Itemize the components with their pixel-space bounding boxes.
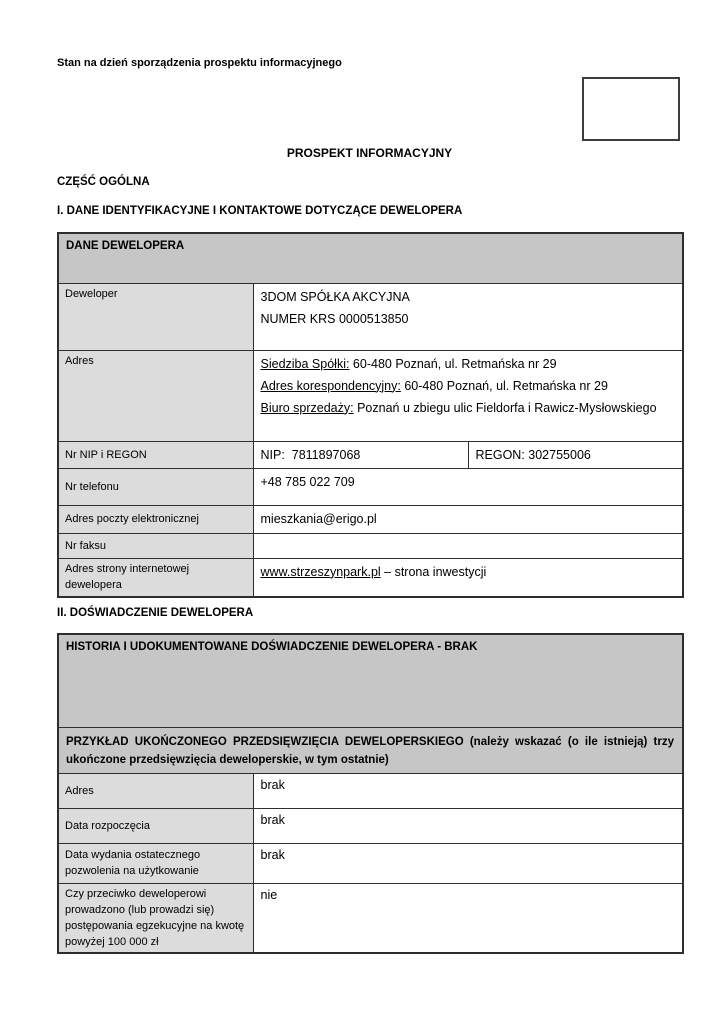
value-cell: 3DOM SPÓŁKA AKCYJNA NUMER KRS 0000513850 (253, 283, 683, 350)
label-cell: Czy przeciwko deweloperowi prowadzono (l… (58, 883, 253, 953)
value-cell: +48 785 022 709 (253, 468, 683, 505)
row-adres-przedsiewziecia: Adres brak (58, 773, 683, 808)
row-faks: Nr faksu (58, 533, 683, 558)
row-adres: Adres Siedziba Spółki: 60-480 Poznań, ul… (58, 350, 683, 441)
value-cell: www.strzeszynpark.pl – strona inwestycji (253, 558, 683, 597)
row-egzekucja: Czy przeciwko deweloperowi prowadzono (l… (58, 883, 683, 953)
label-cell: Adres strony internetowej dewelopera (58, 558, 253, 597)
value-cell: mieszkania@erigo.pl (253, 505, 683, 533)
value-cell: brak (253, 773, 683, 808)
table-header-row: DANE DEWELOPERA (58, 233, 683, 283)
adres-line: Siedziba Spółki: 60-480 Poznań, ul. Retm… (261, 353, 677, 375)
label-cell: Deweloper (58, 283, 253, 350)
historia-header-row: HISTORIA I UDOKUMENTOWANE DOŚWIADCZENIE … (58, 634, 683, 727)
document-page: Stan na dzień sporządzenia prospektu inf… (0, 0, 724, 1024)
label-cell: Data wydania ostatecznego pozwolenia na … (58, 843, 253, 883)
top-note: Stan na dzień sporządzenia prospektu inf… (57, 57, 342, 69)
row-www: Adres strony internetowej dewelopera www… (58, 558, 683, 597)
value-cell: brak (253, 808, 683, 843)
adres-line: Biuro sprzedaży: Poznań u zbiegu ulic Fi… (261, 397, 677, 419)
section1-heading: I. DANE IDENTYFIKACYJNE I KONTAKTOWE DOT… (57, 205, 462, 217)
nip-cell: NIP: 7811897068 (253, 441, 468, 468)
row-data-rozpoczecia: Data rozpoczęcia brak (58, 808, 683, 843)
document-title: PROSPEKT INFORMACYJNY (57, 146, 682, 160)
row-email: Adres poczty elektronicznej mieszkania@e… (58, 505, 683, 533)
stamp-box (582, 77, 680, 141)
row-deweloper: Deweloper 3DOM SPÓŁKA AKCYJNA NUMER KRS … (58, 283, 683, 350)
label-cell: Adres (58, 773, 253, 808)
value-cell: Siedziba Spółki: 60-480 Poznań, ul. Retm… (253, 350, 683, 441)
value-cell: brak (253, 843, 683, 883)
dane-dewelopera-table: DANE DEWELOPERA Deweloper 3DOM SPÓŁKA AK… (57, 232, 684, 598)
deweloper-value: 3DOM SPÓŁKA AKCYJNA NUMER KRS 0000513850 (261, 290, 410, 326)
part-heading: CZĘŚĆ OGÓLNA (57, 176, 150, 188)
przyklad-header-row: PRZYKŁAD UKOŃCZONEGO PRZEDSIĘWZIĘCIA DEW… (58, 727, 683, 773)
label-cell: Data rozpoczęcia (58, 808, 253, 843)
przyklad-header: PRZYKŁAD UKOŃCZONEGO PRZEDSIĘWZIĘCIA DEW… (58, 727, 683, 773)
doswiadczenie-table: HISTORIA I UDOKUMENTOWANE DOŚWIADCZENIE … (57, 633, 684, 954)
value-cell: nie (253, 883, 683, 953)
label-cell: Nr NIP i REGON (58, 441, 253, 468)
row-nip-regon: Nr NIP i REGON NIP: 7811897068 REGON: 30… (58, 441, 683, 468)
website-link-text: www.strzeszynpark.pl (261, 565, 381, 579)
label-cell: Adres (58, 350, 253, 441)
value-cell (253, 533, 683, 558)
regon-cell: REGON: 302755006 (468, 441, 683, 468)
label-cell: Nr faksu (58, 533, 253, 558)
adres-line: Adres korespondencyjny: 60-480 Poznań, u… (261, 375, 677, 397)
section2-heading: II. DOŚWIADCZENIE DEWELOPERA (57, 607, 253, 619)
label-cell: Nr telefonu (58, 468, 253, 505)
row-data-pozwolenia: Data wydania ostatecznego pozwolenia na … (58, 843, 683, 883)
row-telefon: Nr telefonu +48 785 022 709 (58, 468, 683, 505)
label-cell: Adres poczty elektronicznej (58, 505, 253, 533)
historia-header: HISTORIA I UDOKUMENTOWANE DOŚWIADCZENIE … (58, 634, 683, 727)
table1-header: DANE DEWELOPERA (58, 233, 683, 283)
